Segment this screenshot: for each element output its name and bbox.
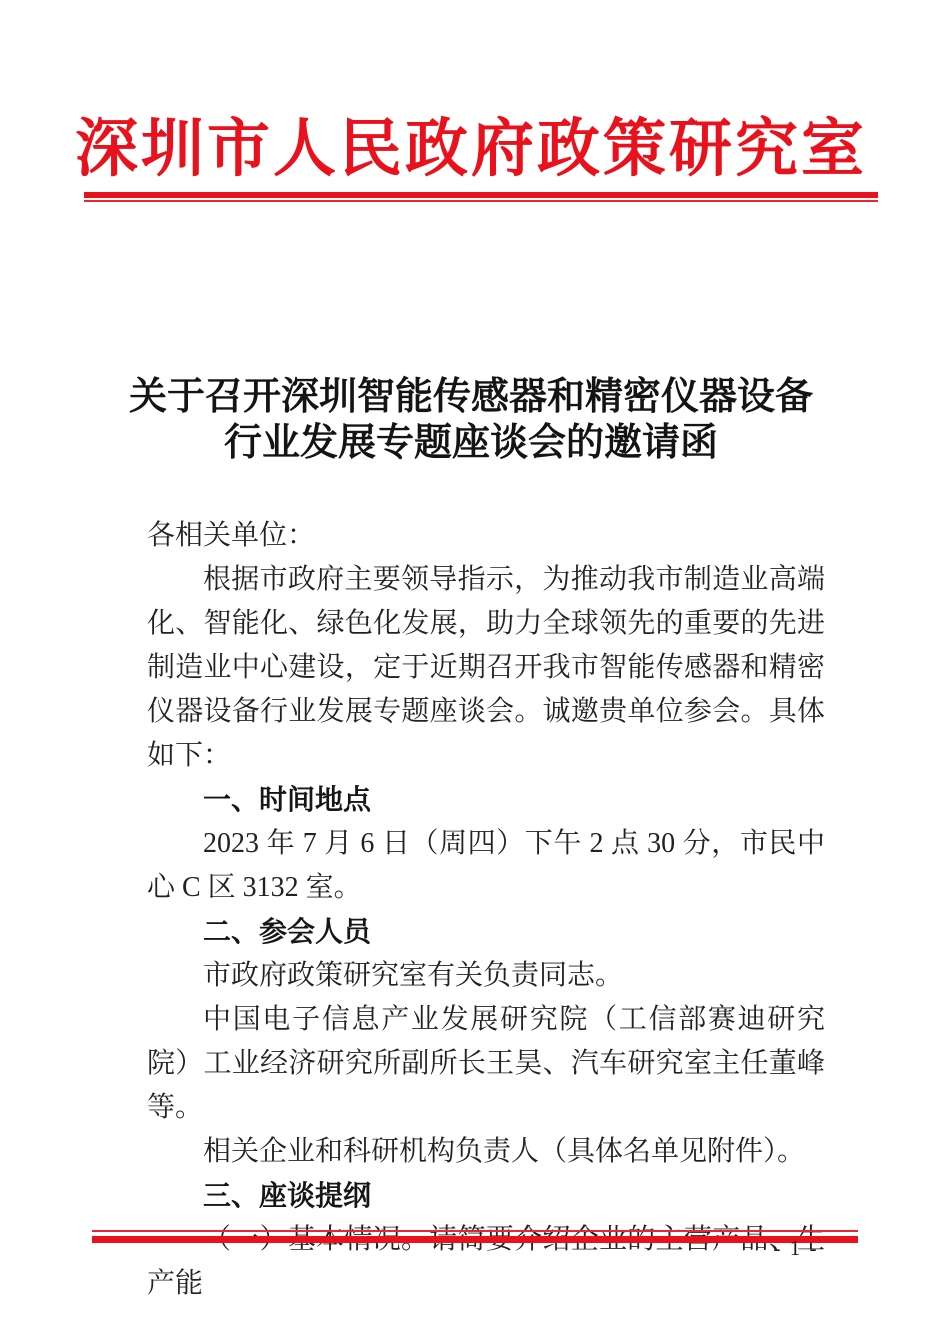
document-title-line-2: 行业发展专题座谈会的邀请函 [0, 420, 942, 466]
section-2-heading: 二、参会人员 [147, 910, 825, 954]
section-2-paragraph-gov-attendees: 市政府政策研究室有关负责同志。 [147, 954, 825, 998]
letterhead-divider-thick-line [84, 192, 878, 198]
section-2-paragraph-ccid-attendees: 中国电子信息产业发展研究院（工信部赛迪研究院）工业经济研究所副所长王昊、汽车研究… [147, 998, 825, 1130]
footer-divider-thin-line [92, 1230, 858, 1232]
paragraph-intro: 根据市政府主要领导指示，为推动我市制造业高端化、智能化、绿色化发展，助力全球领先… [147, 558, 825, 778]
letterhead-divider [84, 192, 878, 202]
document-body: 各相关单位： 根据市政府主要领导指示，为推动我市制造业高端化、智能化、绿色化发展… [147, 514, 825, 1306]
letterhead-divider-thin-line [84, 200, 878, 202]
footer-divider-thick-line [92, 1236, 858, 1243]
document-page: 深圳市人民政府政策研究室 关于召开深圳智能传感器和精密仪器设备 行业发展专题座谈… [0, 0, 942, 1338]
document-title-line-1: 关于召开深圳智能传感器和精密仪器设备 [0, 374, 942, 420]
section-1-heading: 一、时间地点 [147, 778, 825, 822]
section-1-paragraph-time-location: 2023 年 7 月 6 日（周四）下午 2 点 30 分，市民中心 C 区 3… [147, 822, 825, 910]
salutation: 各相关单位： [147, 514, 825, 558]
footer-divider [92, 1230, 858, 1243]
section-2-paragraph-enterprise-attendees: 相关企业和科研机构负责人（具体名单见附件）。 [147, 1130, 825, 1174]
letterhead-org-name: 深圳市人民政府政策研究室 [0, 98, 942, 189]
section-3-heading: 三、座谈提纲 [147, 1174, 825, 1218]
page-number: - 1 - [750, 1236, 842, 1261]
document-title: 关于召开深圳智能传感器和精密仪器设备 行业发展专题座谈会的邀请函 [0, 374, 942, 466]
